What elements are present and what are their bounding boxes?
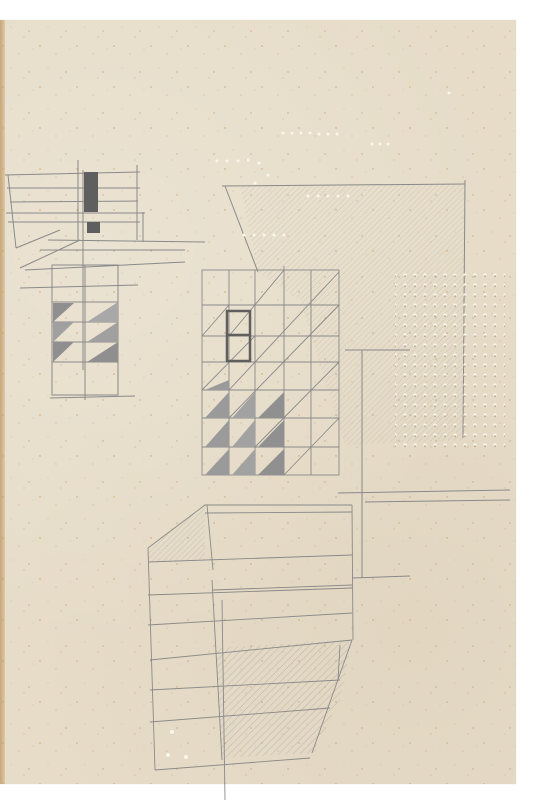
embossed-dot-grid <box>395 270 505 450</box>
pencil-sketch <box>0 0 538 800</box>
